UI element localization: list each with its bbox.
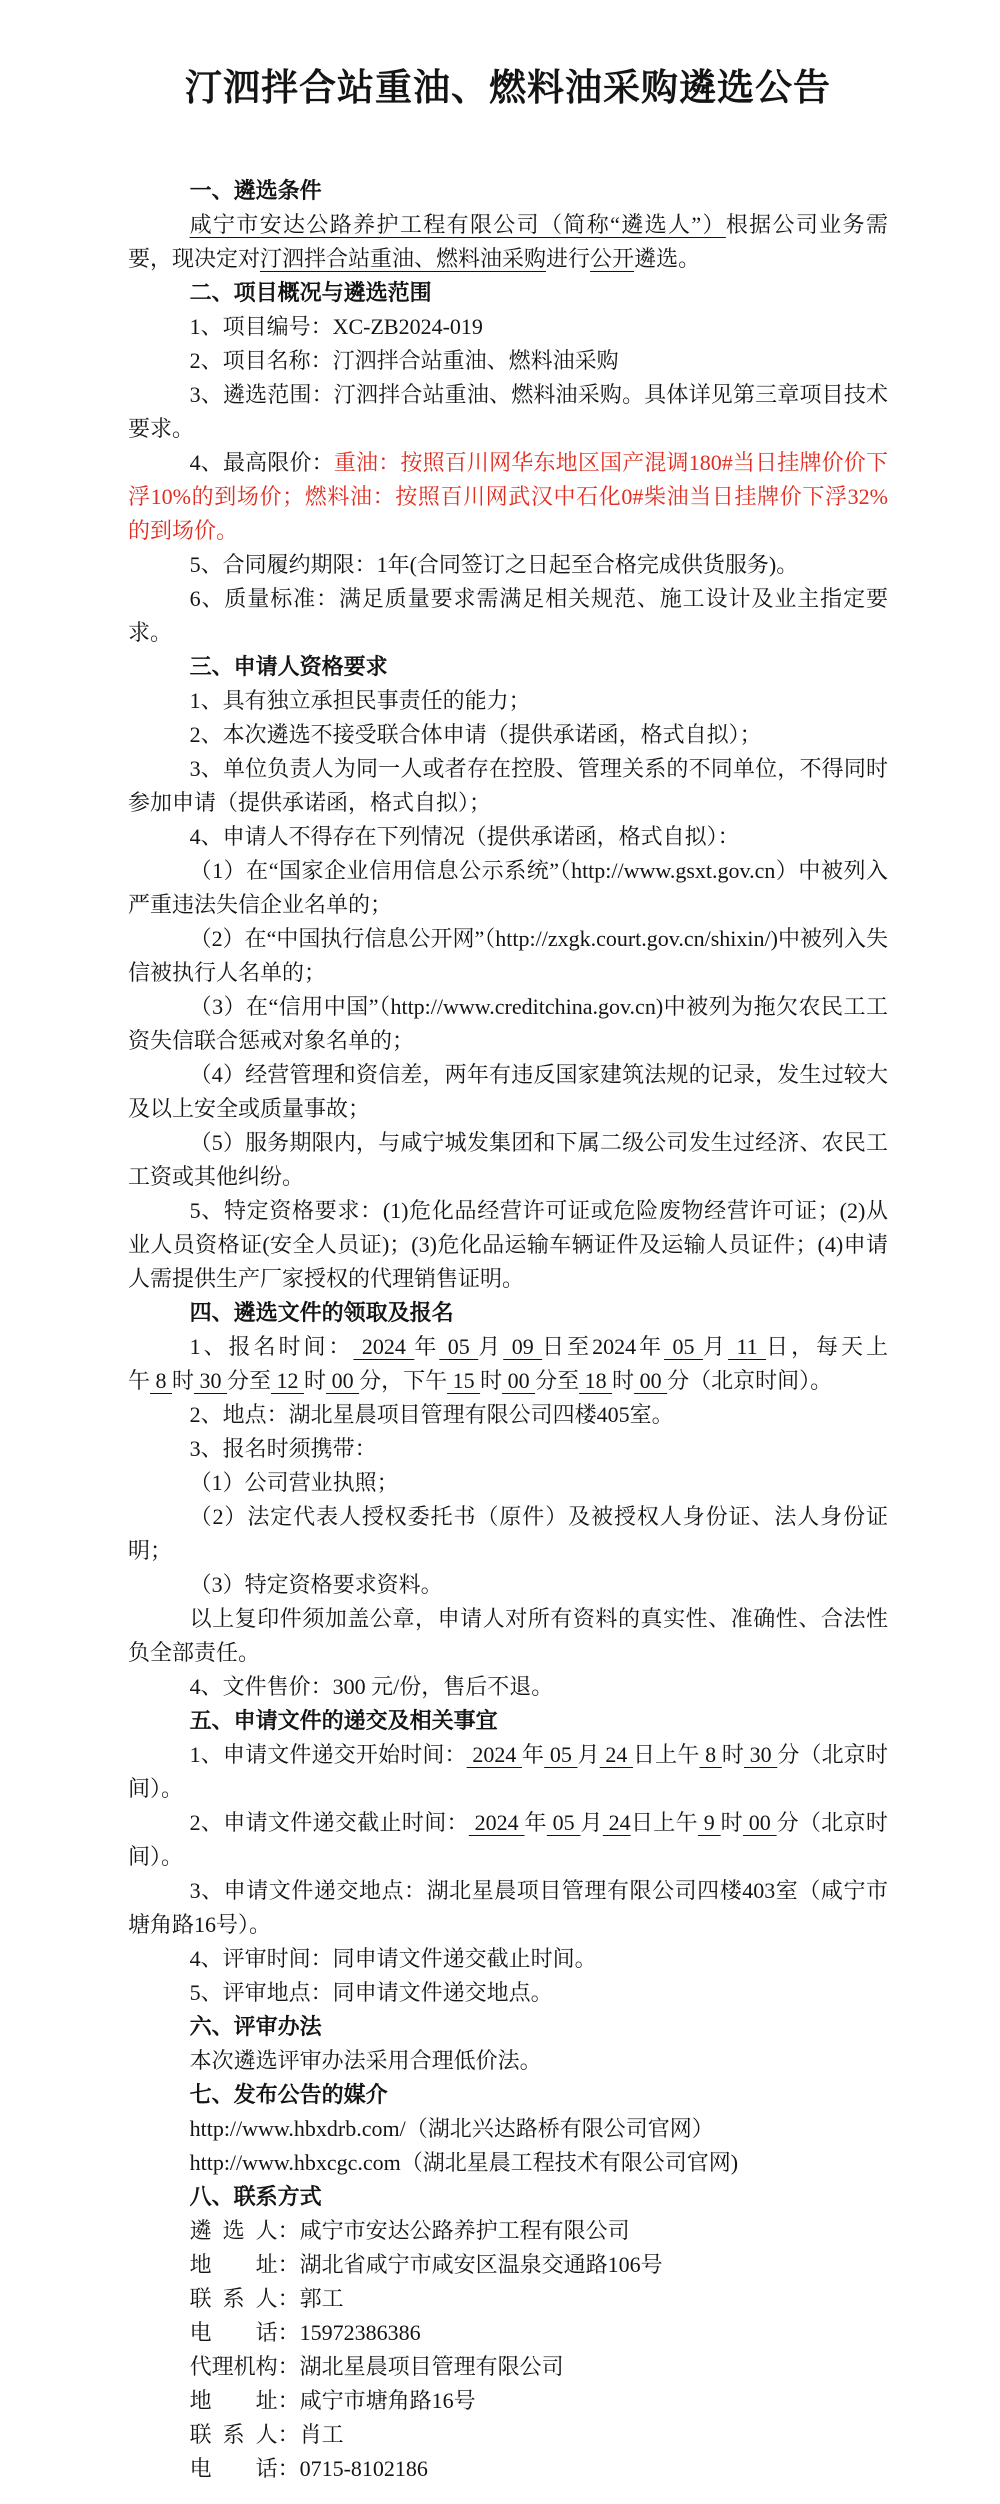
underlined-text: 05 bbox=[664, 1334, 703, 1359]
text-run: 分（北京时间）。 bbox=[667, 1368, 832, 1393]
text-run: 日上午 bbox=[631, 1810, 698, 1835]
text-run: 分至 bbox=[227, 1368, 271, 1393]
text-run: 2、本次遴选不接受联合体申请（提供承诺函，格式自拟）； bbox=[190, 722, 762, 747]
paragraph: 电 话：0715-8102186 bbox=[128, 2452, 888, 2486]
section-heading: 一、遴选条件 bbox=[128, 174, 888, 208]
text-run: 年 bbox=[414, 1334, 439, 1359]
underlined-text: 09 bbox=[503, 1334, 542, 1359]
paragraph: http://www.hbxdrb.com/（湖北兴达路桥有限公司官网） bbox=[128, 2112, 888, 2146]
text-run: 4、申请人不得存在下列情况（提供承诺函，格式自拟）： bbox=[190, 824, 740, 849]
paragraph: 5、特定资格要求：(1)危化品经营许可证或危险废物经营许可证；(2)从业人员资格… bbox=[128, 1194, 888, 1296]
underlined-text: 汀泗拌合站重油、燃料油采购 bbox=[260, 246, 546, 271]
text-run: 分至 bbox=[535, 1368, 579, 1393]
text-run: 5、评审地点：同申请文件递交地点。 bbox=[190, 1980, 553, 2005]
section-heading: 六、评审办法 bbox=[128, 2010, 888, 2044]
text-run: 三、申请人资格要求 bbox=[190, 654, 388, 679]
text-run: 5、合同履约期限：1年(合同签订之日起至合格完成供货服务)。 bbox=[190, 552, 799, 577]
text-run: 四、遴选文件的领取及报名 bbox=[190, 1300, 454, 1325]
text-run: 1、项目编号：XC-ZB2024-019 bbox=[190, 314, 483, 339]
paragraph: 3、单位负责人为同一人或者存在控股、管理关系的不同单位，不得同时参加申请（提供承… bbox=[128, 752, 888, 820]
underlined-text: 00 bbox=[502, 1368, 535, 1393]
underlined-text: 30 bbox=[744, 1742, 777, 1767]
text-run: 2、地点：湖北星晨项目管理有限公司四楼405室。 bbox=[190, 1402, 674, 1427]
paragraph: 6、质量标准：满足质量要求需满足相关规范、施工设计及业主指定要求。 bbox=[128, 582, 888, 650]
text-run: 1、具有独立承担民事责任的能力； bbox=[190, 688, 531, 713]
paragraph: 5、合同履约期限：1年(合同签订之日起至合格完成供货服务)。 bbox=[128, 548, 888, 582]
underlined-text: 12 bbox=[271, 1368, 304, 1393]
paragraph: 3、申请文件递交地点：湖北星晨项目管理有限公司四楼403室（咸宁市塘角路16号）… bbox=[128, 1874, 888, 1942]
paragraph: 2、申请文件递交截止时间： 2024 年 05 月 24日上午 9 时 00 分… bbox=[128, 1806, 888, 1874]
text-run: 代理机构：湖北星晨项目管理有限公司 bbox=[190, 2354, 564, 2379]
paragraph: 代理机构：湖北星晨项目管理有限公司 bbox=[128, 2350, 888, 2384]
text-run: 时 bbox=[721, 1810, 743, 1835]
paragraph: 1、项目编号：XC-ZB2024-019 bbox=[128, 310, 888, 344]
text-run: 分，下午 bbox=[359, 1368, 447, 1393]
text-run: http://www.hbxdrb.com/（湖北兴达路桥有限公司官网） bbox=[190, 2116, 714, 2141]
text-run: 遴选。 bbox=[634, 246, 700, 271]
underlined-text: 8 bbox=[150, 1368, 172, 1393]
text-run: 联 系 人：肖工 bbox=[190, 2422, 344, 2447]
text-run: 电 话：15972386386 bbox=[190, 2320, 421, 2345]
underlined-text: 公开 bbox=[590, 246, 634, 271]
text-run: 月 bbox=[478, 1334, 503, 1359]
text-run: 4、文件售价：300 元/份，售后不退。 bbox=[190, 1674, 554, 1699]
underlined-text: 05 bbox=[547, 1810, 581, 1835]
paragraph: 遴 选 人：咸宁市安达公路养护工程有限公司 bbox=[128, 2214, 888, 2248]
text-run: 月 bbox=[581, 1810, 603, 1835]
paragraph: 4、评审时间：同申请文件递交截止时间。 bbox=[128, 1942, 888, 1976]
underlined-text: 18 bbox=[579, 1368, 612, 1393]
paragraph: 以上复印件须加盖公章，申请人对所有资料的真实性、准确性、合法性负全部责任。 bbox=[128, 1602, 888, 1670]
text-run: 遴 选 人：咸宁市安达公路养护工程有限公司 bbox=[190, 2218, 630, 2243]
paragraph: （1）公司营业执照； bbox=[128, 1466, 888, 1500]
text-run: 以上复印件须加盖公章，申请人对所有资料的真实性、准确性、合法性负全部责任。 bbox=[128, 1606, 888, 1665]
paragraph: 电 话：15972386386 bbox=[128, 2316, 888, 2350]
underlined-text: 2024 bbox=[469, 1810, 525, 1835]
underlined-text: 15 bbox=[447, 1368, 480, 1393]
text-run: 地 址：咸宁市塘角路16号 bbox=[190, 2388, 476, 2413]
text-run: 月 bbox=[578, 1742, 600, 1767]
underlined-text: 11 bbox=[728, 1334, 766, 1359]
text-run: 3、报名时须携带： bbox=[190, 1436, 377, 1461]
paragraph: 3、遴选范围：汀泗拌合站重油、燃料油采购。具体详见第三章项目技术要求。 bbox=[128, 378, 888, 446]
paragraph: 1、具有独立承担民事责任的能力； bbox=[128, 684, 888, 718]
text-run: 1、申请文件递交开始时间： bbox=[190, 1742, 467, 1767]
paragraph: http://www.hbxcgc.com（湖北星晨工程技术有限公司官网) bbox=[128, 2146, 888, 2180]
underlined-text: 00 bbox=[743, 1810, 777, 1835]
text-run: 地 址：湖北省咸宁市咸安区温泉交通路106号 bbox=[190, 2252, 663, 2277]
paragraph: （5）服务期限内，与咸宁城发集团和下属二级公司发生过经济、农民工工资或其他纠纷。 bbox=[128, 1126, 888, 1194]
paragraph: 咸宁市安达公路养护工程有限公司（简称“遴选人”）根据公司业务需要，现决定对汀泗拌… bbox=[128, 208, 888, 276]
text-run: （5）服务期限内，与咸宁城发集团和下属二级公司发生过经济、农民工工资或其他纠纷。 bbox=[128, 1130, 888, 1189]
underlined-text: 05 bbox=[439, 1334, 478, 1359]
text-run: 时 bbox=[172, 1368, 194, 1393]
text-run: 联 系 人：郭工 bbox=[190, 2286, 344, 2311]
text-run: （1）在“国家企业信用信息公示系统”（http://www.gsxt.gov.c… bbox=[128, 858, 888, 917]
underlined-text: 2024 bbox=[353, 1334, 414, 1359]
section-heading: 八、联系方式 bbox=[128, 2180, 888, 2214]
text-run: 日至2024年 bbox=[542, 1334, 664, 1359]
text-run: （2）法定代表人授权委托书（原件）及被授权人身份证、法人身份证明； bbox=[128, 1504, 888, 1563]
section-heading: 二、项目概况与遴选范围 bbox=[128, 276, 888, 310]
text-run: （2）在“中国执行信息公开网”（http://zxgk.court.gov.cn… bbox=[128, 926, 888, 985]
text-run: 2、申请文件递交截止时间： bbox=[190, 1810, 469, 1835]
paragraph: （3）特定资格要求资料。 bbox=[128, 1568, 888, 1602]
text-run: （1）公司营业执照； bbox=[190, 1470, 399, 1495]
paragraph: （2）法定代表人授权委托书（原件）及被授权人身份证、法人身份证明； bbox=[128, 1500, 888, 1568]
text-run: 3、单位负责人为同一人或者存在控股、管理关系的不同单位，不得同时参加申请（提供承… bbox=[128, 756, 888, 815]
text-run: 5、特定资格要求：(1)危化品经营许可证或危险废物经营许可证；(2)从业人员资格… bbox=[128, 1198, 888, 1291]
paragraph: 3、报名时须携带： bbox=[128, 1432, 888, 1466]
section-heading: 四、遴选文件的领取及报名 bbox=[128, 1296, 888, 1330]
underlined-text: 30 bbox=[194, 1368, 227, 1393]
text-run: 一、遴选条件 bbox=[190, 178, 322, 203]
paragraph: （1）在“国家企业信用信息公示系统”（http://www.gsxt.gov.c… bbox=[128, 854, 888, 922]
paragraph: 4、最高限价：重油：按照百川网华东地区国产混调180#当日挂牌价价下浮10%的到… bbox=[128, 446, 888, 548]
text-run: 本次遴选评审办法采用合理低价法。 bbox=[190, 2048, 542, 2073]
underlined-text: 24 bbox=[603, 1810, 631, 1835]
text-run: 五、申请文件的递交及相关事宜 bbox=[190, 1708, 498, 1733]
text-run: 6、质量标准：满足质量要求需满足相关规范、施工设计及业主指定要求。 bbox=[128, 586, 888, 645]
document-body: 一、遴选条件咸宁市安达公路养护工程有限公司（简称“遴选人”）根据公司业务需要，现… bbox=[128, 174, 888, 2486]
paragraph: 联 系 人：郭工 bbox=[128, 2282, 888, 2316]
text-run: 3、遴选范围：汀泗拌合站重油、燃料油采购。具体详见第三章项目技术要求。 bbox=[128, 382, 888, 441]
document-page: 汀泗拌合站重油、燃料油采购遴选公告 一、遴选条件咸宁市安达公路养护工程有限公司（… bbox=[0, 0, 1000, 2504]
paragraph: 1、报名时间： 2024 年 05 月 09 日至2024年 05 月 11 日… bbox=[128, 1330, 888, 1398]
paragraph: （3）在“信用中国”（http://www.creditchina.gov.cn… bbox=[128, 990, 888, 1058]
section-heading: 五、申请文件的递交及相关事宜 bbox=[128, 1704, 888, 1738]
text-run: （4）经营管理和资信差，两年有违反国家建筑法规的记录，发生过较大及以上安全或质量… bbox=[128, 1062, 888, 1121]
text-run: 进行 bbox=[546, 246, 590, 271]
paragraph: 本次遴选评审办法采用合理低价法。 bbox=[128, 2044, 888, 2078]
paragraph: （4）经营管理和资信差，两年有违反国家建筑法规的记录，发生过较大及以上安全或质量… bbox=[128, 1058, 888, 1126]
paragraph: 联 系 人：肖工 bbox=[128, 2418, 888, 2452]
text-run: 八、联系方式 bbox=[190, 2184, 322, 2209]
text-run: 1、报名时间： bbox=[190, 1334, 354, 1359]
paragraph: 1、申请文件递交开始时间： 2024 年 05 月 24 日上午 8 时 30 … bbox=[128, 1738, 888, 1806]
text-run: 4、最高限价： bbox=[190, 450, 334, 475]
text-run: 时 bbox=[480, 1368, 502, 1393]
underlined-text: 2024 bbox=[467, 1742, 522, 1767]
text-run: 二、项目概况与遴选范围 bbox=[190, 280, 432, 305]
section-heading: 三、申请人资格要求 bbox=[128, 650, 888, 684]
text-run: 六、评审办法 bbox=[190, 2014, 322, 2039]
document-title: 汀泗拌合站重油、燃料油采购遴选公告 bbox=[128, 66, 888, 112]
underlined-text: 9 bbox=[698, 1810, 721, 1835]
paragraph: 地 址：咸宁市塘角路16号 bbox=[128, 2384, 888, 2418]
text-run: 2、项目名称：汀泗拌合站重油、燃料油采购 bbox=[190, 348, 619, 373]
text-run: （3）在“信用中国”（http://www.creditchina.gov.cn… bbox=[128, 994, 888, 1053]
text-run: （3）特定资格要求资料。 bbox=[190, 1572, 443, 1597]
paragraph: 5、评审地点：同申请文件递交地点。 bbox=[128, 1976, 888, 2010]
paragraph: （2）在“中国执行信息公开网”（http://zxgk.court.gov.cn… bbox=[128, 922, 888, 990]
paragraph: 2、地点：湖北星晨项目管理有限公司四楼405室。 bbox=[128, 1398, 888, 1432]
section-heading: 七、发布公告的媒介 bbox=[128, 2078, 888, 2112]
text-run: 年 bbox=[522, 1742, 544, 1767]
underlined-text: 05 bbox=[544, 1742, 577, 1767]
paragraph: 地 址：湖北省咸宁市咸安区温泉交通路106号 bbox=[128, 2248, 888, 2282]
text-run: 七、发布公告的媒介 bbox=[190, 2082, 388, 2107]
text-run: 时 bbox=[612, 1368, 634, 1393]
paragraph: 2、本次遴选不接受联合体申请（提供承诺函，格式自拟）； bbox=[128, 718, 888, 752]
text-run: 4、评审时间：同申请文件递交截止时间。 bbox=[190, 1946, 597, 1971]
underlined-text: 00 bbox=[634, 1368, 667, 1393]
text-run: 月 bbox=[703, 1334, 728, 1359]
text-run: 日上午 bbox=[633, 1742, 699, 1767]
text-run: 3、申请文件递交地点：湖北星晨项目管理有限公司四楼403室（咸宁市塘角路16号）… bbox=[128, 1878, 888, 1937]
paragraph: 4、申请人不得存在下列情况（提供承诺函，格式自拟）： bbox=[128, 820, 888, 854]
text-run: http://www.hbxcgc.com（湖北星晨工程技术有限公司官网) bbox=[190, 2150, 739, 2175]
underlined-text: 24 bbox=[600, 1742, 633, 1767]
paragraph: 4、文件售价：300 元/份，售后不退。 bbox=[128, 1670, 888, 1704]
text-run: 年 bbox=[525, 1810, 547, 1835]
underlined-text: 咸宁市安达公路养护工程有限公司（简称“遴选人”） bbox=[190, 212, 726, 237]
text-run: 电 话：0715-8102186 bbox=[190, 2456, 428, 2481]
text-run: 时 bbox=[304, 1368, 326, 1393]
underlined-text: 8 bbox=[700, 1742, 722, 1767]
text-run: 时 bbox=[722, 1742, 744, 1767]
paragraph: 2、项目名称：汀泗拌合站重油、燃料油采购 bbox=[128, 344, 888, 378]
underlined-text: 00 bbox=[326, 1368, 359, 1393]
